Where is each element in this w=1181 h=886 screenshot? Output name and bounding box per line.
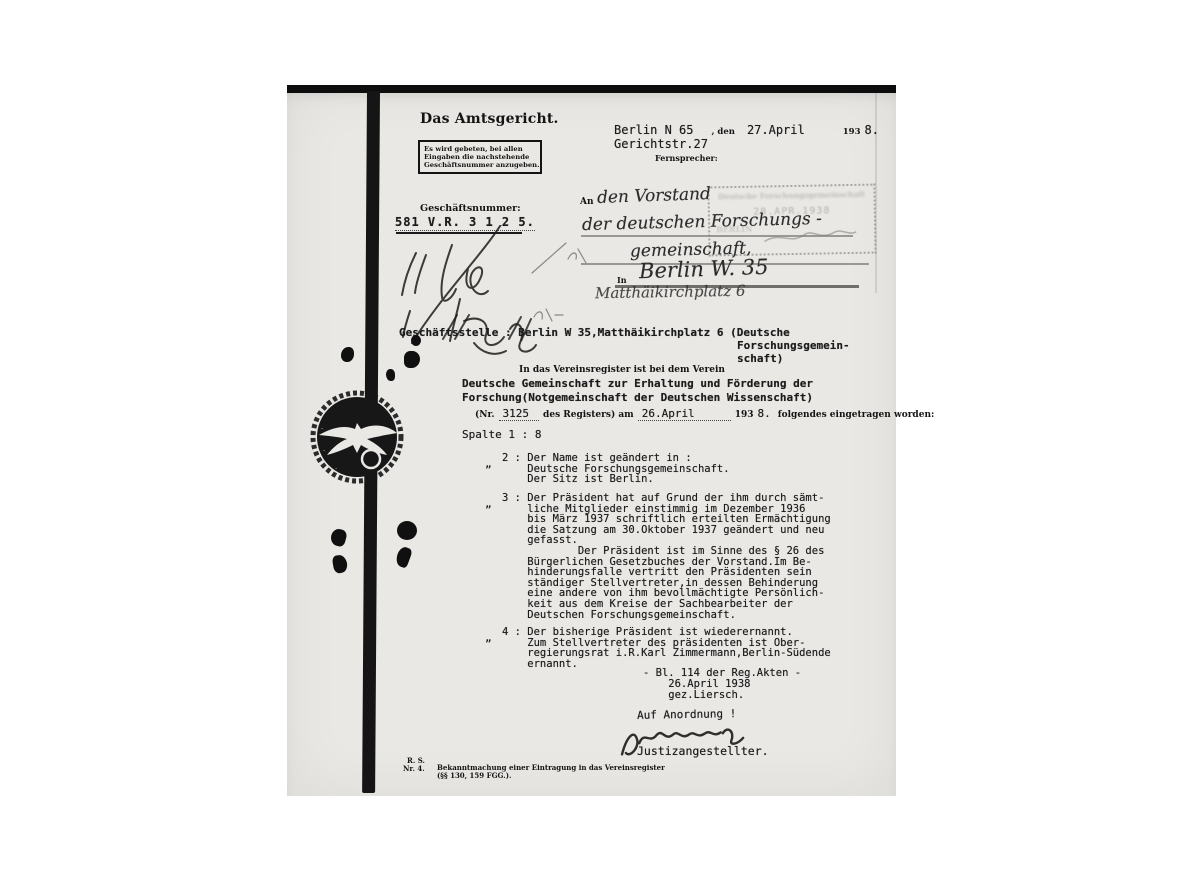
svg-text:·: · <box>323 447 325 455</box>
register-fraktur-line: In das Vereinsregister ist bei dem Verei… <box>519 365 725 375</box>
ink-blob <box>411 335 421 346</box>
footer-citation: Bekanntmachung einer Eintragung in das V… <box>437 764 665 780</box>
text-line: gez.Liersch. <box>643 690 801 701</box>
text-line: Deutsche Gemeinschaft zur Erhaltung und … <box>462 377 813 391</box>
ink-blob <box>341 347 354 362</box>
text-line: Der Sitz ist Berlin. <box>502 474 730 485</box>
office-line-3: schaft) <box>737 352 783 365</box>
ditto-mark-2: „ <box>485 457 492 470</box>
association-name-lines: Deutsche Gemeinschaft zur Erhaltung und … <box>462 377 813 404</box>
text-line: Es wird gebeten, bei allen <box>424 145 536 153</box>
entry-item-3: 3 : Der Präsident hat auf Grund der ihm … <box>502 493 831 620</box>
text-line: keit aus dem Kreise der Sachbearbeiter d… <box>502 599 831 610</box>
office-line-2: Forschungsgemein- <box>737 339 850 352</box>
svg-text:·: · <box>335 465 337 473</box>
ditto-mark-4: „ <box>485 631 492 644</box>
recipient-underline-1 <box>581 235 853 237</box>
year-typed-text: 8. <box>864 123 878 137</box>
footer-nr: Nr. 4. <box>403 764 425 773</box>
stamp-org-line: Deutsche Forschungsgemeinschaft <box>710 190 874 202</box>
entry-item-2: 2 : Der Name ist geändert in : Deutsche … <box>502 453 730 485</box>
text-line: Eingaben die nachstehende <box>424 153 536 161</box>
register-mid: des Registers) am <box>543 410 634 420</box>
ink-blob <box>394 545 413 568</box>
register-year-print: 193 <box>735 410 754 420</box>
spalte-heading: Spalte 1 : 8 <box>462 428 541 441</box>
ink-blob <box>332 554 349 574</box>
ink-blob <box>404 351 420 368</box>
city-text: Berlin N 65 <box>614 123 693 137</box>
text-line: (§§ 130, 159 FGG.). <box>437 772 665 780</box>
seal-graphic: · ··· <box>313 393 401 481</box>
ditto-mark-3: „ <box>485 497 492 510</box>
register-suffix: folgendes eingetragen worden: <box>778 410 935 420</box>
scanned-document-screenshot: { "header": { "court_name": "Das Amtsger… <box>0 0 1181 886</box>
recipient-line-4: Berlin W. 35 <box>639 255 769 284</box>
ink-blob <box>329 527 348 547</box>
street-text: Gerichtstr.27 <box>614 137 708 151</box>
case-number-label: Geschäftsnummer: <box>420 203 521 214</box>
text-line: Der Präsident ist im Sinne des § 26 des <box>502 546 831 557</box>
year-print-text: 193 <box>843 127 861 137</box>
date-text: 27.April <box>747 123 805 137</box>
document-page: Das Amtsgericht. Es wird gebeten, bei al… <box>287 85 896 796</box>
notice-box: Es wird gebeten, bei allenEingaben die n… <box>418 140 542 174</box>
role-line: Justizangestellter. <box>637 744 769 758</box>
register-year-typed: 8. <box>757 407 770 420</box>
court-name-heading: Das Amtsgericht. <box>420 111 559 127</box>
entry-item-4: 4 : Der bisherige Präsident ist wiederer… <box>502 627 831 669</box>
text-line: 3 : Der Präsident hat auf Grund der ihm … <box>502 493 831 504</box>
phone-label: Fernsprecher: <box>655 153 718 163</box>
ink-blob <box>386 369 395 381</box>
register-number-line: (Nr. 3125 des Registers) am 26.April 193… <box>475 404 934 422</box>
reference-block: - Bl. 114 der Reg.Akten - 26.April 1938 … <box>643 668 801 701</box>
register-date: 26.April <box>638 407 731 421</box>
text-line: 2 : Der Name ist geändert in : <box>502 453 730 464</box>
text-line: Geschäftsnummer anzugeben. <box>424 161 536 169</box>
svg-text:·: · <box>321 425 323 433</box>
official-seal: · ··· <box>305 383 409 491</box>
recipient-line-5: Matthäikirchplatz 6 <box>595 282 746 303</box>
den-text: , den <box>711 127 734 137</box>
text-line: Deutschen Forschungsgemeinschaft. <box>502 610 831 621</box>
nr-value: 3125 <box>499 407 540 421</box>
text-line: 4 : Der bisherige Präsident ist wiederer… <box>502 627 831 638</box>
an-printed-label: An <box>580 197 594 207</box>
checkmark-strokes <box>435 313 555 341</box>
ink-blob <box>397 521 417 540</box>
text-line: Forschung(Notgemeinschaft der Deutschen … <box>462 391 813 405</box>
recipient-line-1: den Vorstand <box>597 184 712 208</box>
nr-prefix: (Nr. <box>475 410 495 420</box>
